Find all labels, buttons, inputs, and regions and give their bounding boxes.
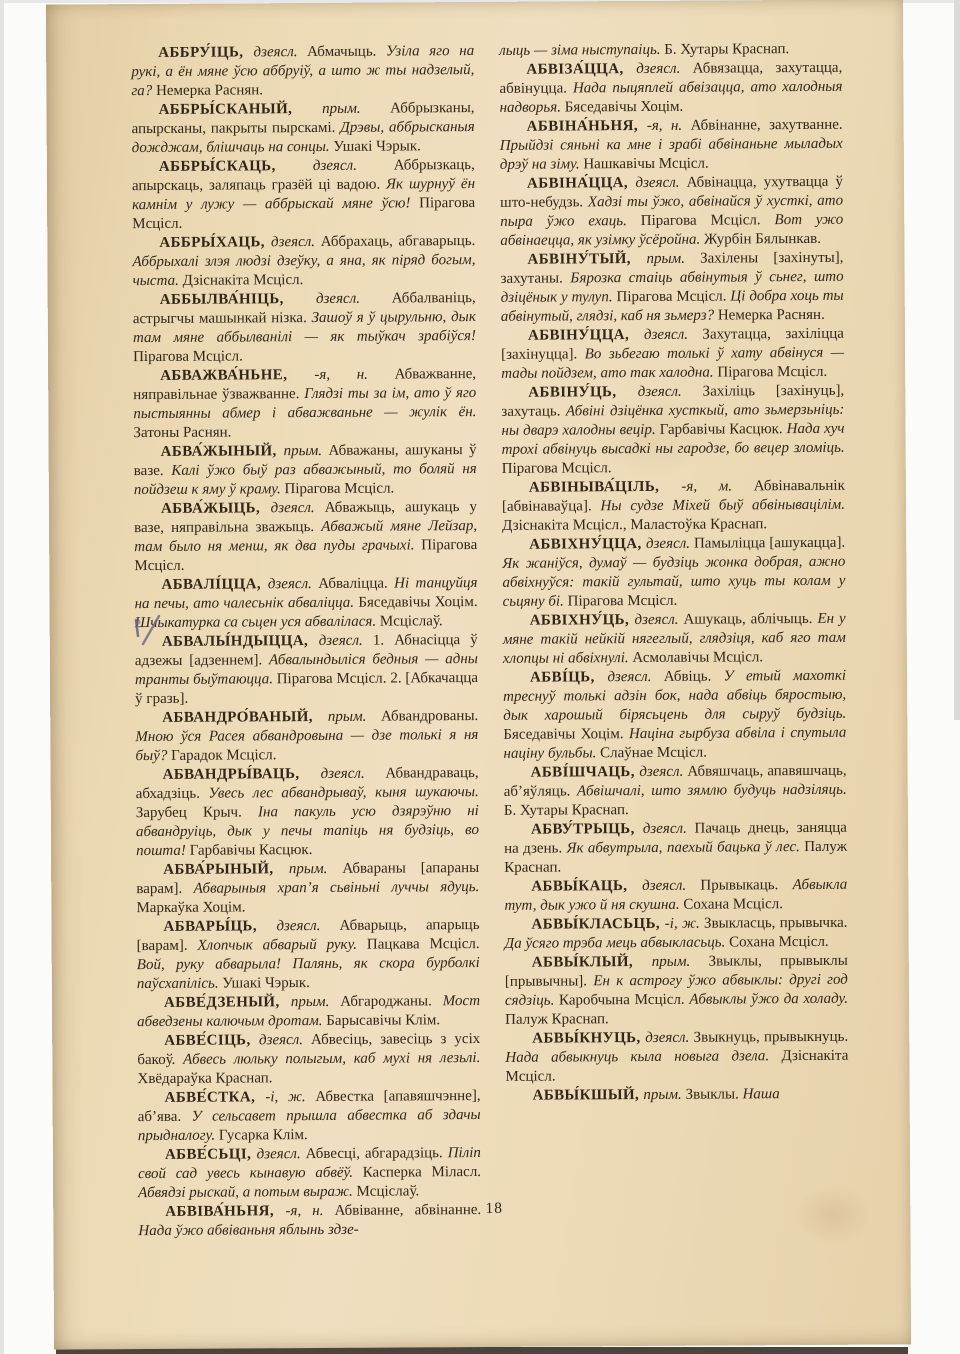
source-label: Пірагова Мсцісл. <box>717 364 827 381</box>
headword: АБВІ́ШЧАЦЬ, <box>531 764 640 781</box>
column-right: лыць — зіма ныступаіць. Б. Хутары Красна… <box>499 40 849 1239</box>
definition-text: Абвесці, абгарадзіць. <box>306 1145 448 1162</box>
example-text: Да ўсяго трэба мець абвыкласьць. <box>505 934 729 951</box>
dictionary-entry: АБВІХНУ́ЦЬ, дзеясл. Ашукаць, аблічыць. Е… <box>503 610 846 669</box>
grammar-label: -і, ж. <box>665 916 704 932</box>
dictionary-entry: АБВАЛЫ́НДЫЦЦА, дзеясл. 1. Абнасіцца ў ад… <box>135 631 478 709</box>
source-label: Бяседавічы Хоцім. <box>503 726 629 743</box>
grammar-label: прым. <box>652 954 709 970</box>
source-label: Палуж Краснап. <box>505 1011 609 1028</box>
source-label: Сохана Мсцісл. <box>683 896 783 913</box>
dictionary-entry: АБВАНДРО́ВАНЫЙ, прым. Абвандрованы. Мною… <box>135 707 478 766</box>
headword: АБВЫ́КШЫЙ, <box>533 1087 644 1104</box>
source-label: Пацкава Мсцісл. <box>367 936 480 953</box>
example-text: Нада абвыкнуць кыла новыга дзела. <box>505 1048 781 1066</box>
grammar-label: -я, м. <box>681 478 753 494</box>
grammar-label: дзеясл. <box>638 384 703 400</box>
headword: АБВАНДРО́ВАНЫЙ, <box>162 709 328 726</box>
grammar-label: дзеясл. <box>321 766 386 782</box>
source-label: Каробчына Мсцісл. <box>559 992 689 1009</box>
dictionary-entry: АБВІ́ЦЬ, дзеясл. Абвіць. У етый махоткі … <box>503 667 847 764</box>
definition-text: Аббрахаць, абгаварыць. <box>321 233 476 250</box>
source-label: Пірагова Мсцісл. <box>284 481 394 498</box>
source-label: Немерка Раснян. <box>718 307 825 324</box>
dictionary-entry: АБВА́ЖЫНЫЙ, прым. Абважаны, ашуканы ў ва… <box>134 441 477 500</box>
dictionary-entry: АБВАНДРЫ́ВАЦЬ, дзеясл. Абвандраваць, абх… <box>136 764 480 861</box>
source-label: Пірагова Мсцісл. <box>277 671 391 688</box>
headword: АБВІНА́НЬНЯ, <box>527 118 647 135</box>
example-text: Абварыныя храп’я сьвіньні луччы ядуць. <box>194 879 480 897</box>
source-label: Гарадок Мсцісл. <box>171 747 276 764</box>
headword: АБВІЗА́ЦЦА, <box>526 61 636 78</box>
headword: АБВІ́ЦЬ, <box>530 669 608 685</box>
dictionary-entry: АБВІНА́НЬНЯ, -я, н. Абвінанне, захутванн… <box>500 116 843 175</box>
definition-text: Звыклы. <box>685 1086 742 1102</box>
source-label: Гусарка Клім. <box>219 1127 308 1144</box>
grammar-label: дзеясл. <box>643 821 695 837</box>
definition-text: Памыліцца [ашукацца]. <box>694 535 845 552</box>
headword: АБВА́РЫНЫЙ, <box>163 861 289 878</box>
grammar-label: -я, н. <box>647 118 691 134</box>
source-label: Зарубец Крыч. <box>136 804 258 821</box>
source-label: Ушакі Чэрык. <box>222 975 310 992</box>
dictionary-entry: АБВА́ЖЫЦЬ, дзеясл. Абважыць, ашукаць у в… <box>134 498 477 576</box>
headword: АБВЫ́КЛАСЬЦЬ, <box>531 916 664 933</box>
headword: АБВАНДРЫ́ВАЦЬ, <box>163 766 321 783</box>
headword: АБВАРЫ́ЦЬ, <box>163 918 276 935</box>
definition-text: Звыкнуць, прывыкнуць. <box>694 1029 849 1046</box>
grammar-label: дзеясл. <box>646 536 694 552</box>
grammar-label: прым. <box>646 251 700 267</box>
grammar-label: дзеясл. <box>644 327 703 343</box>
dictionary-entry: АБВІНУ́ТЫЙ, прым. Захілены [захінуты], з… <box>500 249 843 327</box>
headword: АБВЫ́КНУЦЬ, <box>532 1030 645 1047</box>
headword: АБВЕ́СІЦЬ, <box>164 1032 259 1049</box>
headword: АБВЕ́СТКА, <box>165 1089 266 1106</box>
grammar-label: прым. <box>291 994 340 1010</box>
grammar-label: дзеясл. <box>636 61 692 77</box>
grammar-label: прым. <box>283 443 328 459</box>
grammar-label: дзеясл. <box>259 1032 311 1048</box>
dictionary-entry: АБВЕ́ДЗЕНЫЙ, прым. Абгароджаны. Мост абв… <box>137 992 480 1032</box>
source-label: Гарбавічы Касцюк. <box>660 421 787 438</box>
scan-edge-left <box>0 0 4 1354</box>
grammar-label: -і, ж. <box>265 1089 315 1105</box>
headword: АБВІНУ́ЦЦА, <box>528 327 644 344</box>
example-text: лыць — зіма ныступаіць. <box>499 42 664 59</box>
dictionary-entry: АБВЫ́КЛЫЙ, прым. Звыклы, прывыклы [прывы… <box>505 952 848 1030</box>
headword: АББЫЛВА́НІЦЬ, <box>160 291 316 308</box>
dictionary-text-block: АББРУ́ІЦЬ, дзеясл. Абмачыць. Узіла яго н… <box>131 40 850 1241</box>
source-label: Б. Хутары Краснап. <box>664 41 789 58</box>
source-label: Касперка Міласл. <box>363 1164 481 1181</box>
source-label: Ушакі Чэрык. <box>333 138 421 155</box>
example-text: Нада ўжо абвіваньня яблынь здзе- <box>138 1222 358 1239</box>
grammar-label: дзеясл. <box>276 918 339 934</box>
grammar-label: прым. <box>328 709 381 725</box>
headword: АББРЫ́ХАЦЬ, <box>159 234 271 251</box>
headword: АБВА́ЖЫНЫЙ, <box>161 443 284 460</box>
dictionary-entry: АББЫЛВА́НІЦЬ, дзеясл. Аббалваніць, астры… <box>133 289 476 367</box>
headword: АББРЫ́СКАЦЬ, <box>159 158 313 175</box>
headword: АБВІНЫВА́ЦІЛЬ, <box>529 479 682 496</box>
dictionary-entry: АБВАЛІ́ЦЦА, дзеясл. Абваліцца. Ні танцуй… <box>134 574 477 633</box>
headword: АББРУ́ІЦЬ, <box>158 44 253 61</box>
dictionary-entry: АБВЕ́СЬЦІ, дзеясл. Абвесці, абгарадзіць.… <box>138 1144 481 1203</box>
source-label: Журбін Бялынкав. <box>704 231 821 248</box>
dictionary-entry: АБВІНУ́ЦЬ, дзеясл. Захіліць [захінуць], … <box>501 382 845 479</box>
dictionary-entry: АБВАРЫ́ЦЬ, дзеясл. Абварыць, апарыць [ва… <box>136 916 479 994</box>
dictionary-entry: АББРУ́ІЦЬ, дзеясл. Абмачыць. Узіла яго н… <box>131 42 474 101</box>
source-label: Хвёдараўка Краснап. <box>137 1070 272 1087</box>
grammar-label: дзеясл. <box>634 612 683 628</box>
dictionary-entry: АБВА́РЫНЫЙ, прым. Абвараны [апараны вара… <box>136 859 479 918</box>
book-page: АББРУ́ІЦЬ, дзеясл. Абмачыць. Узіла яго н… <box>46 0 911 1350</box>
dictionary-entry: АБВЫ́КАЦЬ, дзеясл. Прывыкаць. Абвыкла ту… <box>504 876 847 916</box>
grammar-label: дзеясл. <box>607 669 663 685</box>
grammar-label: дзеясл. <box>257 1146 306 1162</box>
source-label: Нашкавічы Мсцісл. <box>583 156 709 173</box>
grammar-label: дзеясл. <box>313 158 394 174</box>
headword: АБВІНА́ЦЦА, <box>527 175 636 192</box>
dictionary-entry: АБВАЖВА́НЬНЕ, -я, н. Абважванне, няправі… <box>133 365 476 443</box>
headword: АБВІНУ́ТЫЙ, <box>527 251 646 268</box>
grammar-label: прым. <box>289 861 343 877</box>
source-label: Маркаўка Хоцім. <box>136 899 245 916</box>
dictionary-entry: АБВІЗА́ЦЦА, дзеясл. Абвязацца, захутацца… <box>499 59 842 118</box>
headword: АБВАЖВА́НЬНЕ, <box>160 367 314 384</box>
source-label: Асмолавічы Мсцісл. <box>632 649 763 666</box>
grammar-label: дзеясл. <box>271 234 321 250</box>
source-label: Мсціслаў. <box>380 613 443 629</box>
source-label: Пірагова Мсцісл. <box>616 288 730 305</box>
example-text: Ны судзе Міхей быў абвінывацілім. <box>600 497 845 514</box>
definition-text: Абваліцца. <box>318 576 394 592</box>
dictionary-entry: АБВЫ́КНУЦЬ, дзеясл. Звыкнуць, прывыкнуць… <box>505 1028 848 1087</box>
dictionary-entry: АБВЕ́СТКА, -і, ж. Абвестка [апавяшчэнне]… <box>138 1087 481 1146</box>
source-label: Затоны Раснян. <box>133 425 231 442</box>
definition-text: Абмачыць. <box>307 44 386 60</box>
source-label: Сохана Мсцісл. <box>729 934 829 951</box>
headword: АБВЕ́ДЗЕНЫЙ, <box>164 994 291 1011</box>
definition-text: Прывыкаць. <box>700 877 792 894</box>
column-left: АББРУ́ІЦЬ, дзеясл. Абмачыць. Узіла яго н… <box>131 42 481 1241</box>
headword: АБВЫ́КЛЫЙ, <box>532 954 652 971</box>
grammar-label: -я, н. <box>314 367 394 383</box>
dictionary-entry: АБВІНУ́ЦЦА, дзеясл. Захутацца, захіліцца… <box>501 325 844 384</box>
source-label: Дзіснакіта Мсцісл., Маластоўка Краснап. <box>502 516 767 534</box>
dictionary-entry: АБВУ́ТРЫЦЬ, дзеясл. Пачаць днець, заняцц… <box>504 819 847 878</box>
example-text: Наша <box>743 1086 780 1102</box>
grammar-label: прым. <box>322 101 390 117</box>
dictionary-entry: АБВЕ́СІЦЬ, дзеясл. Абвесіць, завесіць з … <box>137 1030 480 1089</box>
source-label: Барысавічы Клім. <box>326 1012 440 1029</box>
example-text: Абвесь люльку полыгым, каб мухі ня лезьл… <box>183 1050 480 1068</box>
source-label: Мсціслаў. <box>356 1183 419 1199</box>
grammar-label: дзеясл. <box>268 576 319 592</box>
headword: АБВА́ЖЫЦЬ, <box>161 500 271 517</box>
headword: АБВЕ́СЬЦІ, <box>165 1146 257 1163</box>
grammar-label: дзеясл. <box>639 764 687 780</box>
definition-text: Ашукаць, аблічыць. <box>683 611 817 628</box>
dictionary-entry: АББРЫ́СКАНЫЙ, прым. Аббрызканы, апырскан… <box>131 99 474 158</box>
headword: АБВАЛЫ́НДЫЦЦА, <box>162 633 319 650</box>
source-label: Немерка Раснян. <box>156 82 263 99</box>
example-text: Абвішчалі, што зямлю будуць надзіляць. <box>577 782 847 800</box>
dictionary-entry: АБВІНА́ЦЦА, дзеясл. Абвінацца, ухутвацца… <box>500 173 843 251</box>
source-label: Гарбавічы Касцюк. <box>190 842 313 859</box>
grammar-label: дзеясл. <box>635 175 686 191</box>
headword: АБВАЛІ́ЦЦА, <box>161 576 267 593</box>
dictionary-entry: АБВІНЫВА́ЦІЛЬ, -я, м. Абвінавальнік [абв… <box>502 477 845 536</box>
definition-text: Абвандрованы. <box>381 708 478 725</box>
grammar-label: прым. <box>643 1087 685 1103</box>
headword: АБВІНУ́ЦЬ, <box>528 384 638 401</box>
headword: АБВЫ́КАЦЬ, <box>531 878 642 895</box>
example-text: Як абвутрыла, паехый бацька ў лес. <box>567 839 805 856</box>
scan-edge-right <box>954 0 960 720</box>
scanned-dictionary-page: { "page": { "number": "18", "description… <box>0 0 960 1354</box>
source-label: Пірагова Мсцісл. <box>133 348 243 365</box>
headword: АББРЫ́СКАНЫЙ, <box>158 101 322 118</box>
dictionary-entry: лыць — зіма ныступаіць. Б. Хутары Красна… <box>499 40 842 61</box>
definition-text: Абвінанне, захутванне. <box>691 117 843 134</box>
grammar-label: дзеясл. <box>316 291 392 307</box>
dictionary-entry: АБВЫ́КШЫЙ, прым. Звыклы. Наша <box>506 1085 849 1106</box>
example-text: Увесь лес абвандрываў, кыня шукаючы. <box>208 784 478 802</box>
dictionary-entry: АБВІ́ШЧАЦЬ, дзеясл. Абвяшчаць, апавяшчац… <box>504 762 847 821</box>
handwritten-check-mark <box>131 612 165 650</box>
source-label: Слаўнае Мсцісл. <box>600 745 707 762</box>
grammar-label: дзеясл. <box>271 500 325 516</box>
example-text: Абвыклы ўжо да холаду. <box>689 991 848 1008</box>
dictionary-entry: АББРЫ́СКАЦЬ, дзеясл. Аббрызкаць, апырска… <box>132 156 475 234</box>
source-label: Бяседавічы Хоцім. <box>565 99 684 116</box>
grammar-label: дзеясл. <box>319 633 373 649</box>
definition-text: Звыкласць, прывычка. <box>704 915 848 932</box>
dictionary-entry: АБВЫ́КЛАСЬЦЬ, -і, ж. Звыкласць, прывычка… <box>504 914 847 954</box>
grammar-label: дзеясл. <box>253 44 307 60</box>
dictionary-entry: АББРЫ́ХАЦЬ, дзеясл. Аббрахаць, абгаварыц… <box>132 232 475 291</box>
headword: АБВІХНУ́ЦЬ, <box>530 612 635 629</box>
source-label: Пірагова Мсцісл. <box>641 212 775 229</box>
source-label: Пірагова Мсцісл. <box>502 460 612 477</box>
source-label: Пірагова Мсцісл. <box>568 593 678 610</box>
definition-text: Абвіць. <box>664 669 724 685</box>
source-label: Бяседавічы Хоцім. <box>358 594 477 611</box>
source-label: Б. Хутары Краснап. <box>504 802 629 819</box>
definition-text: Абгароджаны. <box>340 993 443 1010</box>
example-text: Абвядзі рыскай, а потым выраж. <box>138 1184 356 1201</box>
headword: АБВІХНУ́ЦЦА, <box>529 536 646 553</box>
source-label: Дзіснакіта Мсцісл. <box>183 272 304 289</box>
dictionary-entry: АБВІХНУ́ЦЦА, дзеясл. Памыліцца [ашукацца… <box>502 534 845 612</box>
headword: АБВУ́ТРЫЦЬ, <box>531 821 643 838</box>
example-text: Хлопчык абварый руку. <box>197 937 367 954</box>
example-text: Шчыкатурка са сьцен уся абвалілася. <box>135 614 380 631</box>
grammar-label: дзеясл. <box>642 878 700 894</box>
grammar-label: дзеясл. <box>645 1030 693 1046</box>
